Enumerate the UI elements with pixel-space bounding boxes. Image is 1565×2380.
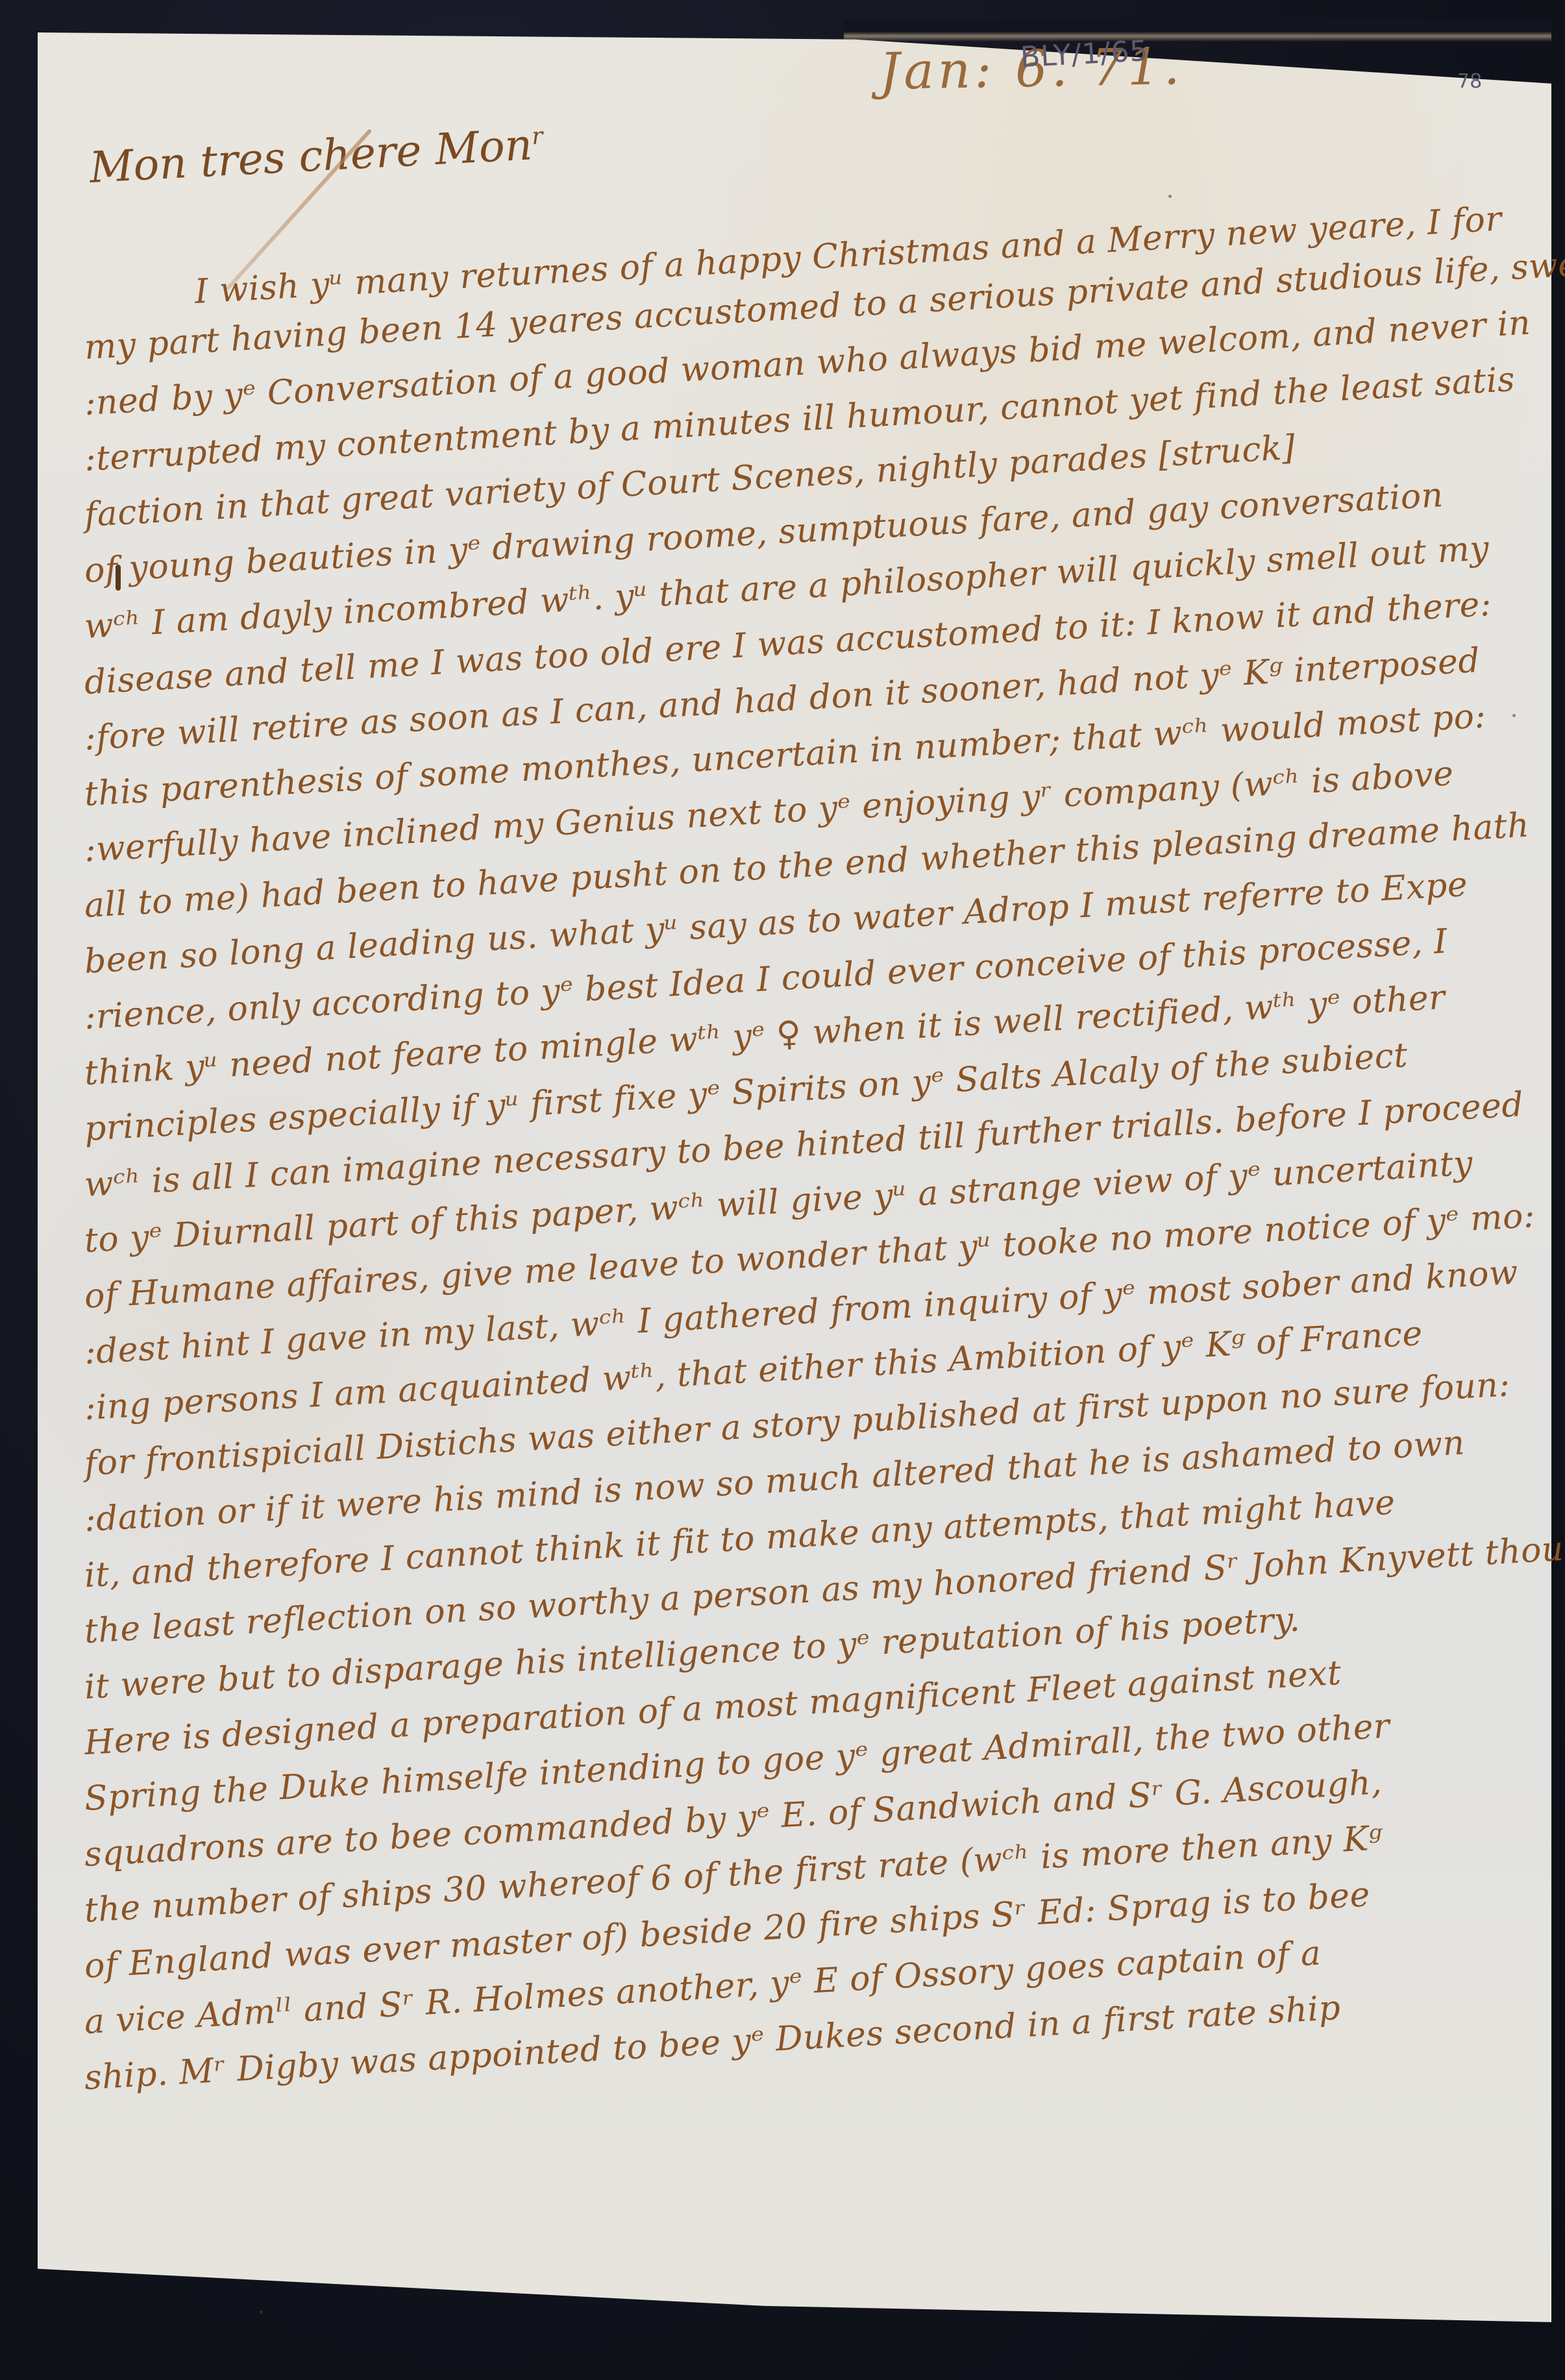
salutation-superscript: r <box>531 123 543 150</box>
ink-speck <box>1168 195 1172 198</box>
archive-reference: BLY/1/65 <box>1020 34 1150 74</box>
folio-number: 78 <box>1457 70 1482 93</box>
ink-speck <box>260 2311 263 2314</box>
paper-torn-edge <box>844 19 1551 42</box>
ink-speck <box>1512 714 1516 717</box>
